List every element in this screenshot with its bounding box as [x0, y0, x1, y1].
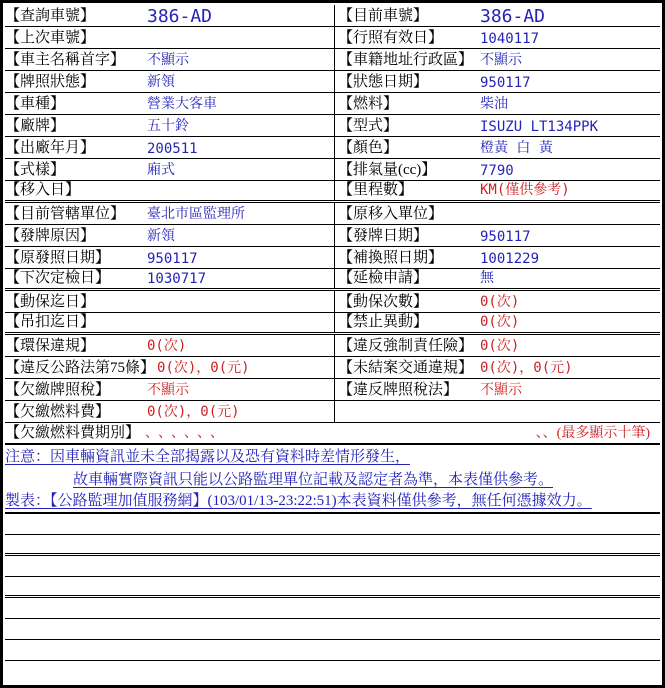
field-value: 臺北市區監理所	[145, 203, 245, 223]
notice-line-1: 注意：因車輛資訊並未全部揭露以及恐有資料時差情形發生，	[5, 445, 660, 468]
row-right-half: 【未結案交通違規】0(次)，0(元)	[335, 357, 660, 378]
row-left-half: 【式樣】廂式	[5, 159, 335, 180]
field-label: 【排氣量(cc)】	[338, 158, 478, 179]
field-value: 950117	[478, 75, 531, 91]
empty-row	[5, 619, 660, 640]
field-value: 0(次)	[478, 311, 519, 331]
table-row: 【下次定檢日】1030717【延檢申請】無	[5, 269, 660, 291]
row-right-half: 【狀態日期】950117	[335, 71, 660, 92]
maker-text: 製表：【公路監理加值服務網】(103/01/13-23:22:51)本表資料僅供…	[5, 489, 592, 510]
field-label: 【廠牌】	[5, 114, 145, 135]
row-left-half: 【出廠年月】200511	[5, 137, 335, 158]
table-row: 【上次車號】【行照有效日】1040117	[5, 27, 660, 49]
row-right-half: 【發牌日期】950117	[335, 225, 660, 246]
empty-row	[5, 535, 660, 556]
row-left-half: 【牌照狀態】新領	[5, 71, 335, 92]
vehicle-info-table: 【查詢車號】386-AD【目前車號】386-AD【上次車號】【行照有效日】104…	[5, 5, 660, 423]
row-right-half: 【違反強制責任險】0(次)	[335, 335, 660, 356]
row-right-half: 【燃料】柴油	[335, 93, 660, 114]
field-label: 【發牌日期】	[338, 224, 478, 245]
field-value: 386-AD	[145, 9, 212, 25]
field-label: 【出廠年月】	[5, 136, 145, 157]
field-value: ISUZU LT134PPK	[478, 119, 598, 135]
field-label: 【吊扣迄日】	[5, 310, 145, 331]
row-right-half: 【顏色】橙黃 白 黃	[335, 137, 660, 158]
field-value: KM(僅供參考)	[478, 179, 570, 199]
field-value: 營業大客車	[145, 93, 217, 113]
field-value: 200511	[145, 141, 198, 157]
max-records-note: 、、(最多顯示十筆)	[536, 422, 660, 442]
field-label: 【環保違規】	[5, 334, 145, 355]
row-right-half: 【延檢申請】無	[335, 269, 660, 288]
table-row-fuel-fee-periods: 【欠繳燃料費期別】 、、、、、、 、、(最多顯示十筆)	[5, 423, 660, 445]
table-row: 【移入日】【里程數】KM(僅供參考)	[5, 181, 660, 203]
empty-row	[5, 514, 660, 535]
row-left-half: 【違反公路法第75條】0(次)，0(元)	[5, 357, 335, 378]
row-left-half: 【車種】營業大客車	[5, 93, 335, 114]
field-label: 【型式】	[338, 114, 478, 135]
row-right-half	[335, 401, 660, 422]
empty-row	[5, 598, 660, 619]
table-row: 【欠繳燃料費】0(次)，0(元)	[5, 401, 660, 423]
table-row: 【欠繳牌照稅】不顯示【違反牌照稅法】不顯示	[5, 379, 660, 401]
field-value: 廂式	[145, 159, 175, 179]
field-label: 【里程數】	[338, 178, 478, 199]
table-row: 【目前管轄單位】臺北市區監理所【原移入單位】	[5, 203, 660, 225]
field-value: 五十鈴	[145, 115, 189, 135]
field-label: 【查詢車號】	[5, 4, 145, 25]
field-label: 【發牌原因】	[5, 224, 145, 245]
row-right-half: 【動保次數】0(次)	[335, 291, 660, 312]
row-left-half: 【動保迄日】	[5, 291, 335, 312]
row-left-half: 【車主名稱首字】不顯示	[5, 49, 335, 70]
row-right-half: 【里程數】KM(僅供參考)	[335, 181, 660, 200]
row-right-half: 【型式】ISUZU LT134PPK	[335, 115, 660, 136]
field-label: 【原發照日期】	[5, 246, 145, 267]
row-left-half: 【欠繳燃料費】0(次)，0(元)	[5, 401, 335, 422]
field-value: 950117	[478, 229, 531, 245]
field-label: 【補換照日期】	[338, 246, 478, 267]
row-left-half: 【查詢車號】386-AD	[5, 5, 335, 26]
field-label: 【欠繳牌照稅】	[5, 378, 145, 399]
field-label: 【欠繳燃料費】	[5, 400, 145, 421]
empty-row	[5, 556, 660, 577]
field-label: 【移入日】	[5, 178, 145, 199]
row-left-half: 【發牌原因】新領	[5, 225, 335, 246]
field-value: 7790	[478, 163, 514, 179]
field-label: 【未結案交通違規】	[338, 356, 478, 377]
empty-row	[5, 640, 660, 661]
field-label: 【目前車號】	[338, 4, 478, 25]
field-value: 0(次)，0(元)	[478, 357, 573, 377]
field-value: 不顯示	[478, 379, 522, 399]
table-row: 【廠牌】五十鈴【型式】ISUZU LT134PPK	[5, 115, 660, 137]
field-value: 不顯示	[478, 49, 522, 69]
field-value: 0(次)，0(元)	[155, 357, 250, 377]
field-label: 【上次車號】	[5, 26, 145, 47]
field-label: 【行照有效日】	[338, 26, 478, 47]
field-label: 【車種】	[5, 92, 145, 113]
table-row: 【違反公路法第75條】0(次)，0(元)【未結案交通違規】0(次)，0(元)	[5, 357, 660, 379]
notice-text: 注意：因車輛資訊並未全部揭露以及恐有資料時差情形發生，	[5, 445, 410, 466]
field-label: 【違反牌照稅法】	[338, 378, 478, 399]
row-right-half: 【行照有效日】1040117	[335, 27, 660, 48]
row-right-half: 【排氣量(cc)】7790	[335, 159, 660, 180]
table-row: 【環保違規】0(次)【違反強制責任險】0(次)	[5, 335, 660, 357]
field-value: 新領	[145, 225, 175, 245]
vehicle-registration-report: 【查詢車號】386-AD【目前車號】386-AD【上次車號】【行照有效日】104…	[0, 0, 665, 688]
field-value: 橙黃 白 黃	[478, 137, 553, 157]
table-row: 【出廠年月】200511【顏色】橙黃 白 黃	[5, 137, 660, 159]
row-right-half: 【目前車號】386-AD	[335, 5, 660, 26]
row-right-half: 【禁止異動】0(次)	[335, 313, 660, 332]
notice-text: 故車輛實際資訊只能以公路監理單位記載及認定者為準，本表僅供參考。	[73, 468, 553, 489]
field-label: 【違反強制責任險】	[338, 334, 478, 355]
row-left-half: 【上次車號】	[5, 27, 335, 48]
notice-line-2: 故車輛實際資訊只能以公路監理單位記載及認定者為準，本表僅供參考。	[5, 468, 660, 491]
field-value: 0(次)，0(元)	[145, 401, 240, 421]
row-right-half: 【補換照日期】1001229	[335, 247, 660, 268]
field-value: 386-AD	[478, 9, 545, 25]
empty-row	[5, 661, 660, 682]
row-right-half: 【違反牌照稅法】不顯示	[335, 379, 660, 400]
field-label: 【原移入單位】	[338, 202, 478, 223]
table-row: 【牌照狀態】新領【狀態日期】950117	[5, 71, 660, 93]
table-row: 【發牌原因】新領【發牌日期】950117	[5, 225, 660, 247]
table-row: 【車主名稱首字】不顯示【車籍地址行政區】不顯示	[5, 49, 660, 71]
field-value: 不顯示	[145, 379, 189, 399]
field-label: 【燃料】	[338, 92, 478, 113]
field-value: 無	[478, 267, 494, 287]
empty-rows-section	[5, 514, 660, 682]
row-right-half: 【原移入單位】	[335, 203, 660, 224]
row-left-half: 【環保違規】0(次)	[5, 335, 335, 356]
field-value: 柴油	[478, 93, 508, 113]
empty-row	[5, 577, 660, 598]
field-label: 【違反公路法第75條】	[5, 356, 155, 377]
row-left-half: 【原發照日期】950117	[5, 247, 335, 268]
field-label: 【車主名稱首字】	[5, 48, 145, 69]
field-value: 0(次)	[478, 291, 519, 311]
row-left-half: 【廠牌】五十鈴	[5, 115, 335, 136]
field-label: 【顏色】	[338, 136, 478, 157]
row-left-half: 【下次定檢日】1030717	[5, 269, 335, 288]
field-value: 不顯示	[145, 49, 189, 69]
row-left-half: 【欠繳牌照稅】不顯示	[5, 379, 335, 400]
field-value: 1040117	[478, 31, 539, 47]
table-row: 【查詢車號】386-AD【目前車號】386-AD	[5, 5, 660, 27]
table-row: 【車種】營業大客車【燃料】柴油	[5, 93, 660, 115]
field-value: 新領	[145, 71, 175, 91]
field-label: 【動保迄日】	[5, 290, 145, 311]
field-value: 1001229	[478, 251, 539, 267]
row-left-half: 【目前管轄單位】臺北市區監理所	[5, 203, 335, 224]
row-left-half: 【吊扣迄日】	[5, 313, 335, 332]
table-row: 【吊扣迄日】【禁止異動】0(次)	[5, 313, 660, 335]
field-label: 【欠繳燃料費期別】	[5, 421, 145, 442]
field-value: 0(次)	[145, 335, 186, 355]
field-value: 1030717	[145, 271, 206, 287]
row-left-half: 【移入日】	[5, 181, 335, 200]
field-value: 0(次)	[478, 335, 519, 355]
field-label: 【牌照狀態】	[5, 70, 145, 91]
report-maker-line: 製表：【公路監理加值服務網】(103/01/13-23:22:51)本表資料僅供…	[5, 491, 660, 514]
field-label: 【車籍地址行政區】	[338, 48, 478, 69]
field-value: 、、、、、、	[145, 422, 230, 442]
row-right-half: 【車籍地址行政區】不顯示	[335, 49, 660, 70]
field-label: 【式樣】	[5, 158, 145, 179]
field-label: 【目前管轄單位】	[5, 202, 145, 223]
field-label: 【禁止異動】	[338, 310, 478, 331]
field-value: 950117	[145, 251, 198, 267]
field-label: 【動保次數】	[338, 290, 478, 311]
field-label: 【延檢申請】	[338, 266, 478, 287]
field-label: 【狀態日期】	[338, 70, 478, 91]
field-label: 【下次定檢日】	[5, 266, 145, 287]
